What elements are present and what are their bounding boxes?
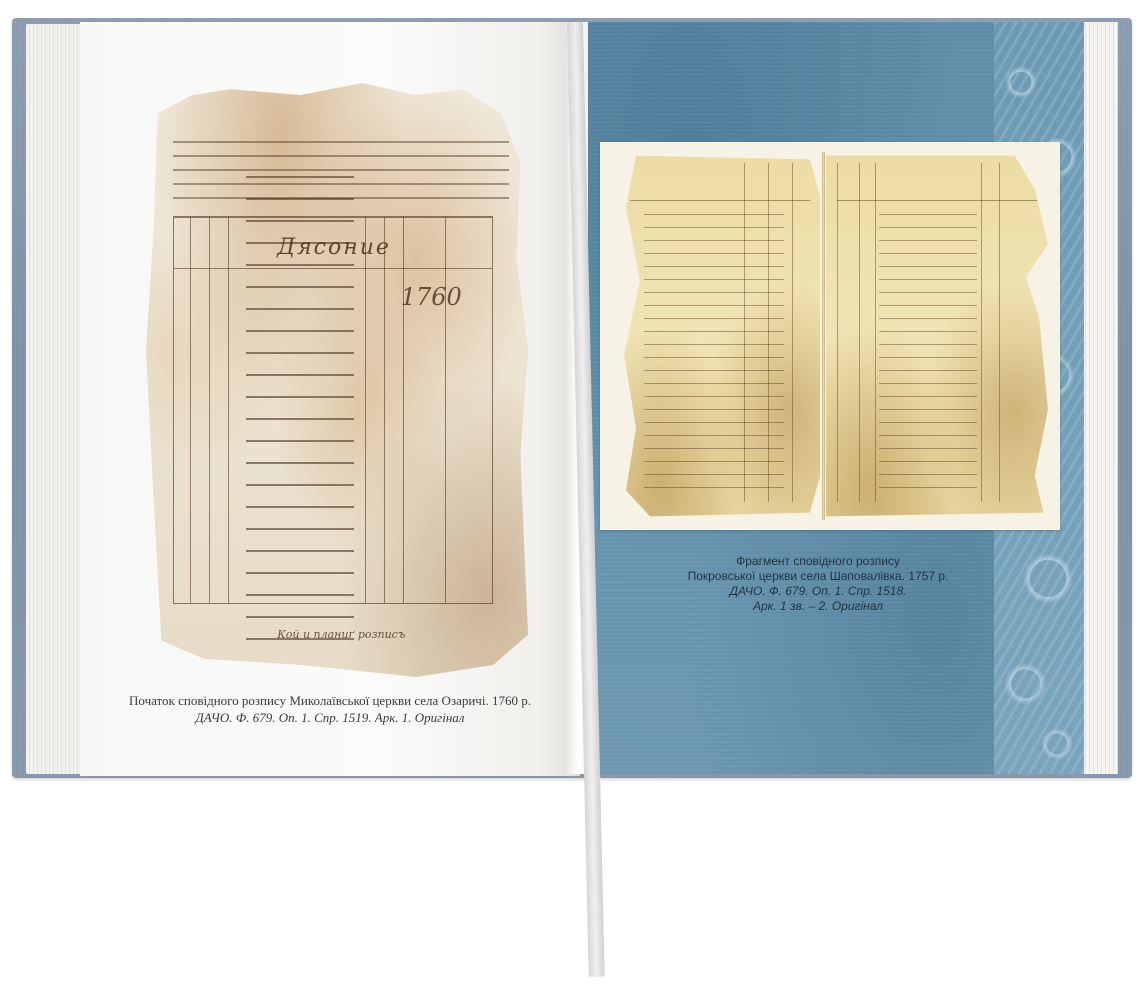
- right-figure-caption: Фрагмент сповідного розпису Покровської …: [628, 554, 1008, 614]
- right-page: Фрагмент сповідного розпису Покровської …: [588, 22, 1084, 774]
- manuscript-page-left: [620, 152, 820, 520]
- manuscript-image-shapovalivka: [600, 142, 1060, 530]
- caption-sheet-reference: Арк. 1 зв. – 2. Оригінал: [628, 599, 1008, 614]
- manuscript-footer-note: Кой и планиґ розписъ: [277, 628, 405, 641]
- caption-archive-reference: ДАЧО. Ф. 679. Оп. 1. Спр. 1519. Арк. 1. …: [80, 709, 580, 726]
- caption-title: Початок сповідного розпису Миколаївської…: [80, 692, 580, 709]
- manuscript-spine: [822, 152, 825, 520]
- page-stack-right: [1082, 22, 1118, 774]
- manuscript-ruling: [146, 77, 532, 683]
- page-stack-left: [26, 24, 86, 774]
- left-figure-caption: Початок сповідного розпису Миколаївської…: [80, 692, 580, 726]
- manuscript-image-ozarychi: Дясоние 1760 Кой и планиґ розписъ: [146, 77, 532, 683]
- manuscript-heading: Дясоние: [277, 235, 391, 260]
- caption-title-line2: Покровської церкви села Шаповалівка. 175…: [628, 569, 1008, 584]
- caption-title-line1: Фрагмент сповідного розпису: [628, 554, 1008, 569]
- left-page: Дясоние 1760 Кой и планиґ розписъ Почато…: [80, 22, 580, 776]
- caption-archive-reference: ДАЧО. Ф. 679. Оп. 1. Спр. 1518.: [628, 584, 1008, 599]
- manuscript-page-right: [826, 152, 1048, 520]
- manuscript-year: 1760: [401, 283, 462, 311]
